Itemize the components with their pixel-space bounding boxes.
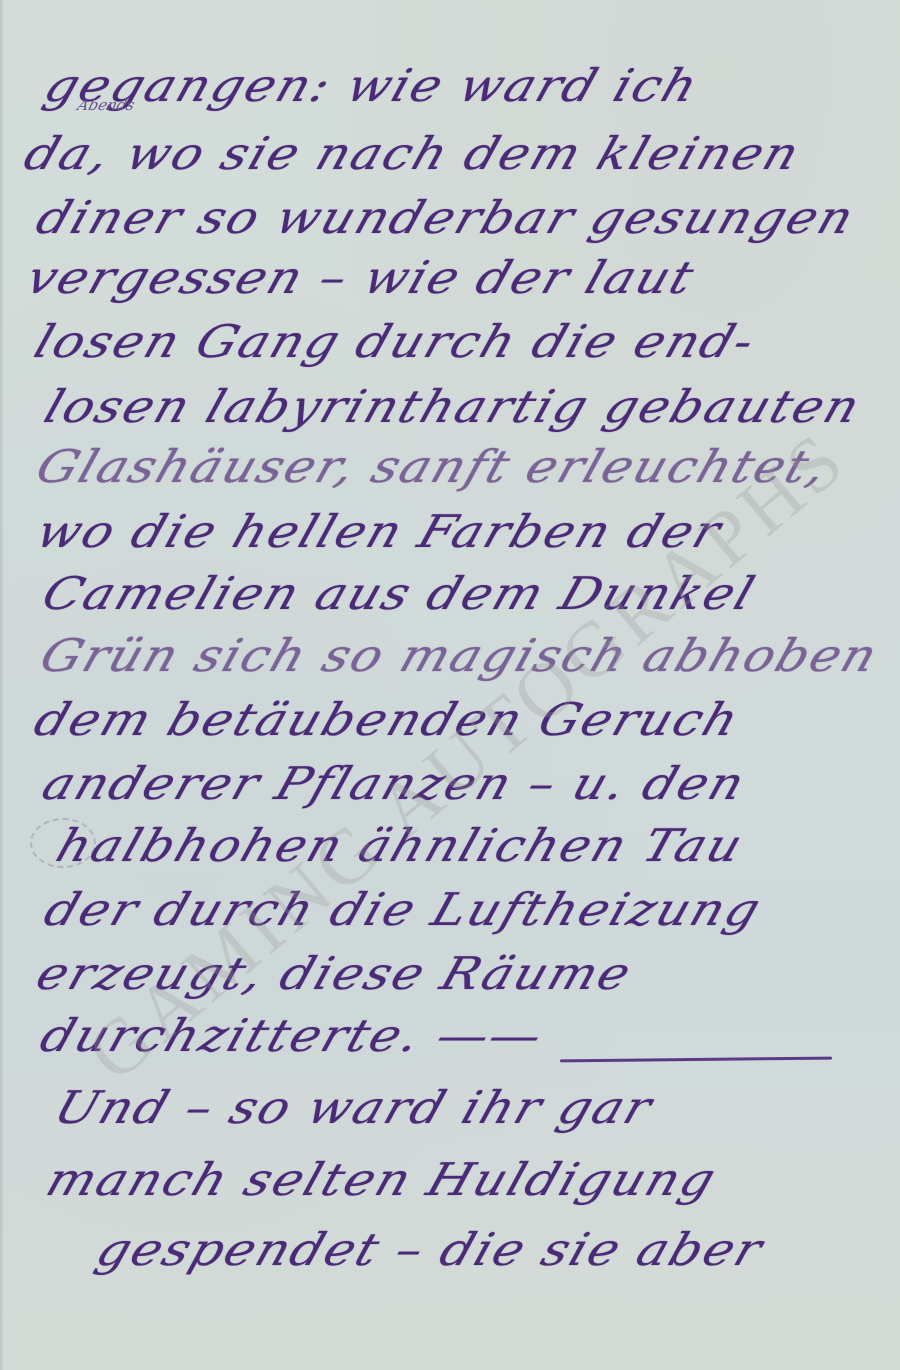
letter-page: gegangen: wie ward ich Abends da, wo sie… bbox=[0, 0, 900, 1370]
text-line-17: Und – so ward ihr gar bbox=[48, 1082, 900, 1134]
interlinear-insert: Abends bbox=[76, 96, 137, 114]
text-line-11: dem betäubenden Geruch bbox=[28, 694, 900, 746]
text-line-10: Grün sich so magisch abhoben bbox=[34, 630, 900, 682]
text-line-15: erzeugt, diese Räume bbox=[30, 948, 900, 1000]
text-line-12: anderer Pflanzen – u. den bbox=[36, 758, 900, 810]
text-line-1: gegangen: wie ward ich bbox=[38, 60, 900, 112]
text-line-3: diner so wunderbar gesungen bbox=[30, 192, 900, 244]
text-line-7: Glashäuser, sanft erleuchtet, bbox=[30, 441, 900, 493]
text-line-19: gespendet – die sie aber bbox=[90, 1224, 900, 1276]
text-line-8: wo die hellen Farben der bbox=[30, 506, 900, 558]
handwritten-text: gegangen: wie ward ich Abends da, wo sie… bbox=[0, 0, 900, 1370]
text-line-18: manch selten Huldigung bbox=[40, 1154, 900, 1206]
text-line-16: durchzitterte. —— bbox=[34, 1010, 900, 1062]
text-line-5: losen Gang durch die end- bbox=[28, 316, 900, 368]
text-line-2: da, wo sie nach dem kleinen bbox=[18, 128, 900, 180]
text-line-13: halbhohen ähnlichen Tau bbox=[50, 820, 900, 872]
text-line-4: vergessen – wie der laut bbox=[20, 252, 900, 304]
text-line-14: der durch die Luftheizung bbox=[38, 884, 900, 936]
text-line-6: losen labyrinthartig gebauten bbox=[38, 381, 900, 433]
text-line-9: Camelien aus dem Dunkel bbox=[36, 568, 900, 620]
